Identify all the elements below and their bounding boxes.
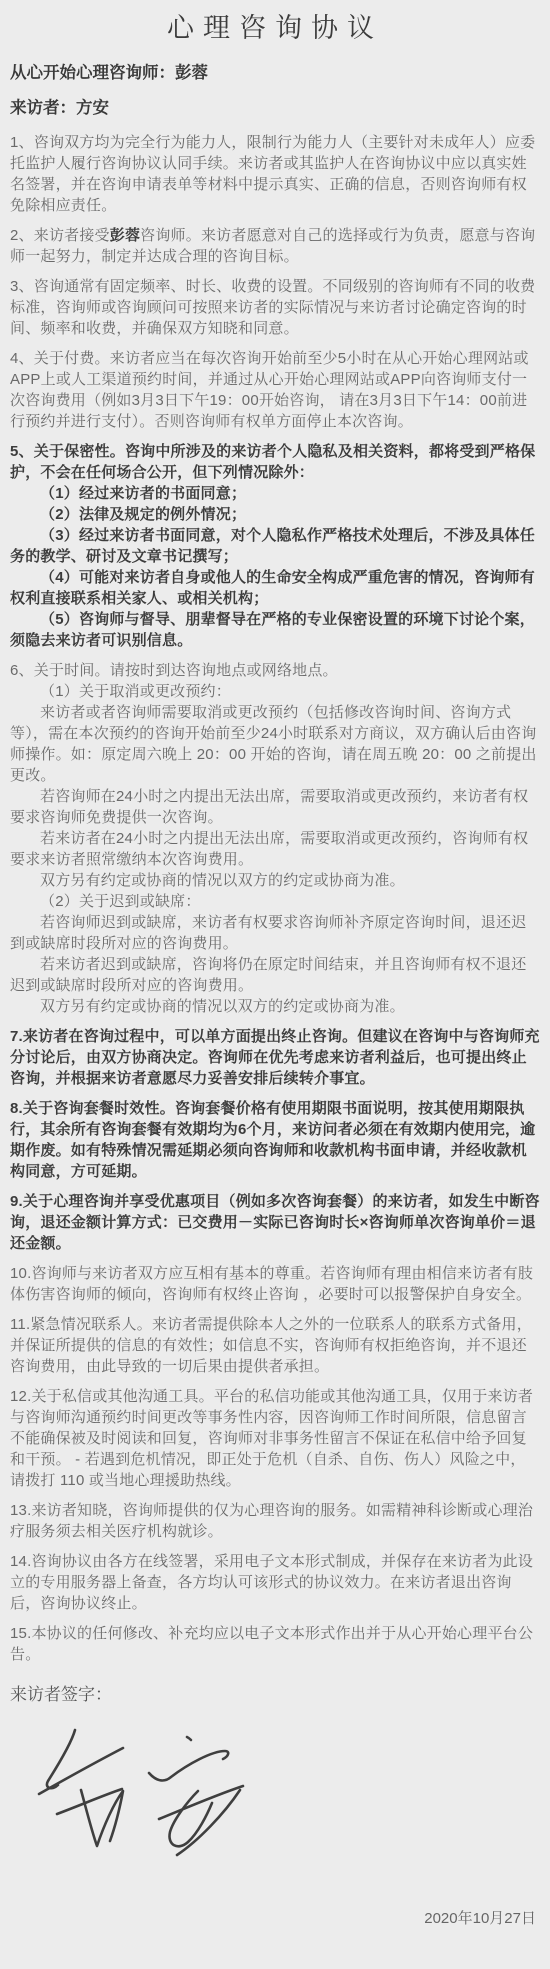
clause-5-group: 5、关于保密性。咨询中所涉及的来访者个人隐私及相关资料，都将受到严格保护，不会在… <box>10 441 540 651</box>
clause-5-item-3: （3）经过来访者书面同意，对个人隐私作严格技术处理后，不涉及具体任务的教学、研讨… <box>10 525 540 567</box>
clause-6-sub2-p2: 若来访者迟到或缺席，咨询将仍在原定时间结束，并且咨询师有权不退还迟到或缺席时段所… <box>10 954 540 996</box>
clause-6-sub1-p1: 来访者或者咨询师需要取消或更改预约（包括修改咨询时间、咨询方式等），需在本次预约… <box>10 702 540 786</box>
clause-6-sub1-p4: 双方另有约定或协商的情况以双方的约定或协商为准。 <box>10 870 540 891</box>
clause-12: 12.关于私信或其他沟通工具。平台的私信功能或其他沟通工具，仅用于来访者与咨询师… <box>10 1386 540 1491</box>
clause-6-sub1-p2: 若咨询师在24小时之内提出无法出席，需要取消或更改预约，来访者有权要求咨询师免费… <box>10 786 540 828</box>
clause-6-intro: 6、关于时间。请按时到达咨询地点或网络地点。 <box>10 660 540 681</box>
clause-5-item-4: （4）可能对来访者自身或他人的生命安全构成严重危害的情况，咨询师有权利直接联系相… <box>10 567 540 609</box>
visitor-signature <box>26 1715 540 1875</box>
visitor-signature-label: 来访者签字： <box>10 1683 540 1707</box>
clause-6-sub2-p1: 若咨询师迟到或缺席，来访者有权要求咨询师补齐原定咨询时间，退还迟到或缺席时段所对… <box>10 912 540 954</box>
clause-6-group: 6、关于时间。请按时到达咨询地点或网络地点。 （1）关于取消或更改预约： 来访者… <box>10 660 540 1017</box>
clause-14: 14.咨询协议由各方在线签署，采用电子文本形式制成，并保存在来访者为此设立的专用… <box>10 1551 540 1614</box>
clause-3: 3、咨询通常有固定频率、时长、收费的设置。不同级别的咨询师有不同的收费标准，咨询… <box>10 276 540 339</box>
clause-2-text-before: 2、来访者接受 <box>10 227 110 244</box>
clause-11: 11.紧急情况联系人。来访者需提供除本人之外的一位联系人的联系方式备用，并保证所… <box>10 1314 540 1377</box>
clause-5-item-2: （2）法律及规定的例外情况； <box>10 504 540 525</box>
page-title: 心理咨询协议 <box>10 10 540 46</box>
clause-7: 7.来访者在咨询过程中，可以单方面提出终止咨询。但建议在咨询中与咨询师充分讨论后… <box>10 1026 540 1089</box>
counselor-line: 从心开始心理咨询师：彭蓉 <box>10 62 540 85</box>
clause-8: 8.关于咨询套餐时效性。咨询套餐价格有使用期限书面说明，按其使用期限执行，其余所… <box>10 1098 540 1182</box>
clause-1: 1、咨询双方均为完全行为能力人，限制行为能力人（主要针对未成年人）应委托监护人履… <box>10 132 540 216</box>
clause-5-item-1: （1）经过来访者的书面同意； <box>10 483 540 504</box>
visitor-line: 来访者：方安 <box>10 97 540 120</box>
clause-5-item-5: （5）咨询师与督导、朋辈督导在严格的专业保密设置的环境下讨论个案，须隐去来访者可… <box>10 609 540 651</box>
counselor-name-emphasis: 彭蓉 <box>110 227 140 244</box>
clause-5-intro: 5、关于保密性。咨询中所涉及的来访者个人隐私及相关资料，都将受到严格保护，不会在… <box>10 441 540 483</box>
clause-15: 15.本协议的任何修改、补充均应以电子文本形式作出并于从心开始心理平台公告。 <box>10 1623 540 1665</box>
clause-6-sub1-p3: 若来访者在24小时之内提出无法出席，需要取消或更改预约，咨询师有权要求来访者照常… <box>10 828 540 870</box>
signing-date: 2020年10月27日 <box>10 1909 536 1929</box>
clause-4: 4、关于付费。来访者应当在每次咨询开始前至少5小时在从心开始心理网站或APP上或… <box>10 348 540 432</box>
clause-6-sub1-title: （1）关于取消或更改预约： <box>10 681 540 702</box>
clause-10: 10.咨询师与来访者双方应互相有基本的尊重。若咨询师有理由相信来访者有肢体伤害咨… <box>10 1263 540 1305</box>
clause-6-sub2-p3: 双方另有约定或协商的情况以双方的约定或协商为准。 <box>10 996 540 1017</box>
handwritten-signature-fang-an <box>26 1715 256 1875</box>
agreement-page: 心理咨询协议 从心开始心理咨询师：彭蓉 来访者：方安 1、咨询双方均为完全行为能… <box>0 0 550 1969</box>
clause-13: 13.来访者知晓，咨询师提供的仅为心理咨询的服务。如需精神科诊断或心理治疗服务须… <box>10 1500 540 1542</box>
clause-2: 2、来访者接受彭蓉咨询师。来访者愿意对自己的选择或行为负责，愿意与咨询师一起努力… <box>10 225 540 267</box>
clause-9: 9.关于心理咨询并享受优惠项目（例如多次咨询套餐）的来访者，如发生中断咨询，退还… <box>10 1191 540 1254</box>
clause-6-sub2-title: （2）关于迟到或缺席： <box>10 891 540 912</box>
